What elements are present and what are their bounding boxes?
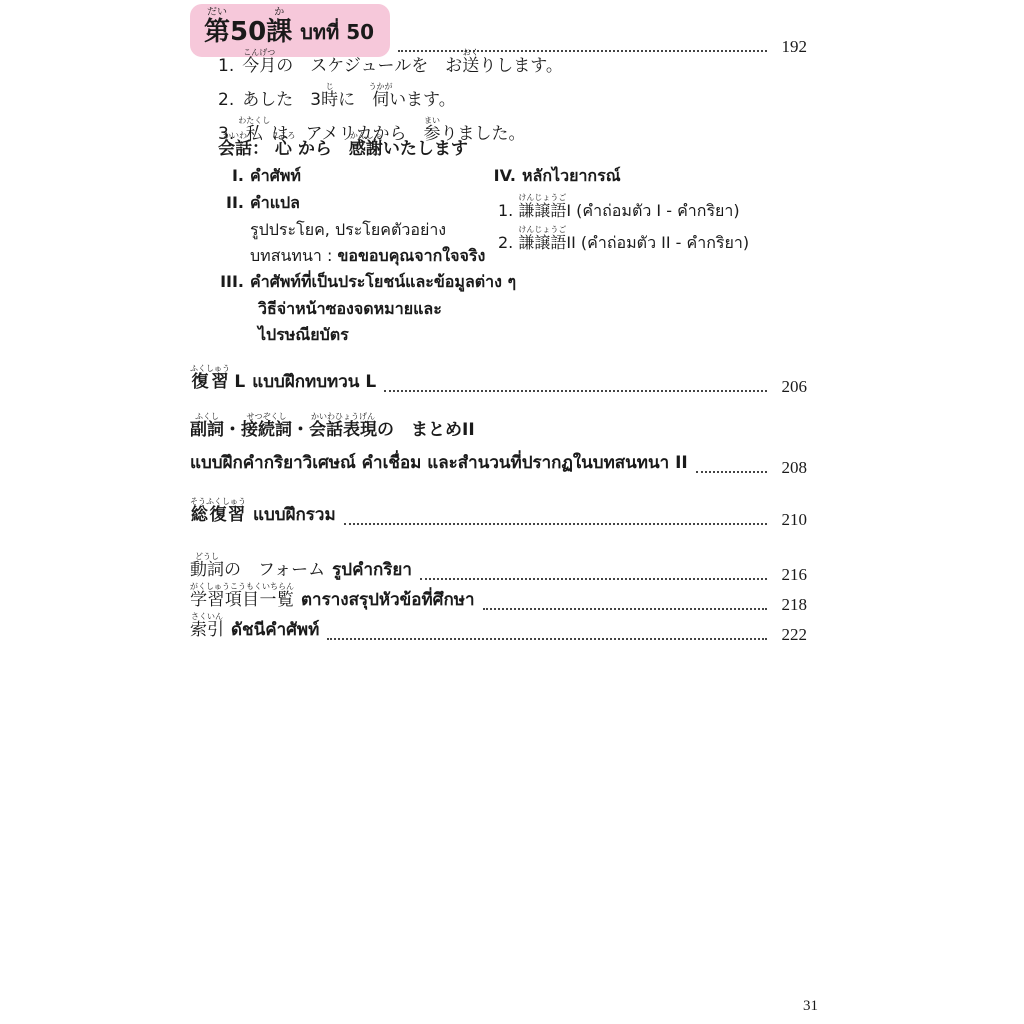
toc-entry-review-L: 復習ふくしゅう L แบบฝึกทบทวน L 206 [190, 364, 807, 397]
section-numeral: IV. [490, 166, 516, 185]
toc-title-japanese: 動詞どうしの フォーム [190, 552, 325, 585]
leader-dots [696, 471, 767, 473]
section-translation: II. คำแปล [218, 193, 516, 212]
example-number: 1. [218, 56, 234, 76]
dialogue-label: บทสนทนา : [250, 246, 337, 265]
leader-dots [327, 638, 767, 640]
leader-dots [384, 390, 767, 392]
section-sub-dialogue: บทสนทนา : ขอขอบคุณจากใจจริง [250, 246, 516, 265]
lesson-contents-right-column: IV. หลักไวยากรณ์ 1. 謙譲語けんじょうごI (คำถ่อมตั… [490, 166, 749, 257]
toc-title-thai: แบบฝึกคำกริยาวิเศษณ์ คำเชื่อม และสำนวนที… [190, 448, 688, 478]
lesson-contents-left-column: I. คำศัพท์ II. คำแปล รูปประโยค, ประโยคตั… [218, 166, 516, 351]
toc-title-thai: รูปคำกริยา [332, 555, 412, 585]
toc-entry-verb-forms: 動詞どうしの フォーム รูปคำกริยา 216 [190, 552, 807, 585]
section-title: คำแปล [250, 193, 300, 212]
toc-title-thai: แบบฝึกทบทวน L [252, 367, 376, 397]
book-toc-page: 第だい50課か บทที่ 50 192 1.今月こんげつの スケジュールを お… [0, 0, 1024, 1024]
section-title: คำศัพท์ที่เป็นประโยชน์และข้อมูลต่าง ๆ [250, 272, 516, 291]
lesson-title-japanese: 第だい50課か [204, 7, 292, 50]
toc-title-japanese: 復習ふくしゅう L [190, 364, 245, 397]
toc-title-japanese: 学習項目一覧がくしゅうこうもくいちらん [190, 582, 294, 615]
toc-title-japanese: 索引さくいん [190, 612, 224, 645]
leader-dots [344, 523, 767, 525]
toc-entry-total-review: 総復習そうふくしゅう แบบฝึกรวม 210 [190, 497, 807, 530]
conversation-title-line: 会話かいわ： 心こころ から 感謝かんしゃいたします [218, 131, 468, 164]
toc-page-number: 222 [773, 625, 807, 645]
toc-entry-index: 索引さくいん ดัชนีคำศัพท์ 222 [190, 612, 807, 645]
page-content: 第だい50課か บทที่ 50 192 1.今月こんげつの スケジュールを お… [190, 0, 807, 1024]
toc-page-number: 210 [773, 510, 807, 530]
section-title: หลักไวยากรณ์ [522, 166, 621, 185]
section-vocabulary: I. คำศัพท์ [218, 166, 516, 185]
section-useful-words: III. คำศัพท์ที่เป็นประโยชน์และข้อมูลต่าง… [218, 272, 516, 291]
grammar-item-humble-1: 1. 謙譲語けんじょうごI (คำถ่อมตัว I - คำกริยา) [498, 193, 749, 225]
lesson-page-number: 192 [773, 37, 807, 57]
toc-page-number: 208 [773, 458, 807, 478]
example-text: 今月こんげつの スケジュールを お送おくりします。 [242, 56, 563, 76]
toc-entry-adverbs-summary: 副詞ふくし・接続詞せつぞくし・会話表現かいわひょうげんの まとめII แบบฝึ… [190, 412, 807, 478]
example-sentence-1: 1.今月こんげつの スケジュールを お送おくりします。 [218, 48, 563, 82]
dialogue-title: ขอขอบคุณจากใจจริง [337, 246, 485, 265]
toc-subtitle-row: แบบฝึกคำกริยาวิเศษณ์ คำเชื่อม และสำนวนที… [190, 448, 807, 478]
lesson-title-thai: บทที่ 50 [300, 16, 374, 50]
section-title: คำศัพท์ [250, 166, 301, 185]
grammar-item-humble-2: 2. 謙譲語けんじょうごII (คำถ่อมตัว II - คำกริยา) [498, 225, 749, 257]
toc-title-thai: ดัชนีคำศัพท์ [231, 615, 319, 645]
toc-entry-study-items-list: 学習項目一覧がくしゅうこうもくいちらん ตารางสรุปหัวข้อที่ศึ… [190, 582, 807, 615]
section-sub-sentence-patterns: รูปประโยค, ประโยคตัวอย่าง [250, 220, 516, 239]
section-sub-addressing-envelopes: วิธีจ่าหน้าซองจดหมายและ [258, 299, 516, 318]
toc-page-number: 206 [773, 377, 807, 397]
leader-dots [420, 578, 767, 580]
toc-title-thai: แบบฝึกรวม [253, 500, 336, 530]
footer-page-number: 31 [772, 998, 818, 1015]
toc-title-thai: ตารางสรุปหัวข้อที่ศึกษา [301, 585, 475, 615]
section-numeral: I. [218, 166, 244, 185]
example-text: あした 3時じに 伺うかがいます。 [242, 90, 455, 110]
section-sub-postcards: ไปรษณียบัตร [258, 325, 516, 344]
example-sentence-2: 2.あした 3時じに 伺うかがいます。 [218, 82, 563, 116]
section-grammar: IV. หลักไวยากรณ์ [490, 166, 749, 185]
toc-title-japanese: 総復習そうふくしゅう [190, 497, 246, 530]
section-numeral: II. [218, 193, 244, 212]
leader-dots [483, 608, 768, 610]
section-numeral: III. [218, 272, 244, 291]
toc-title-japanese: 副詞ふくし・接続詞せつぞくし・会話表現かいわひょうげんの まとめII [190, 412, 807, 445]
example-number: 2. [218, 90, 234, 110]
